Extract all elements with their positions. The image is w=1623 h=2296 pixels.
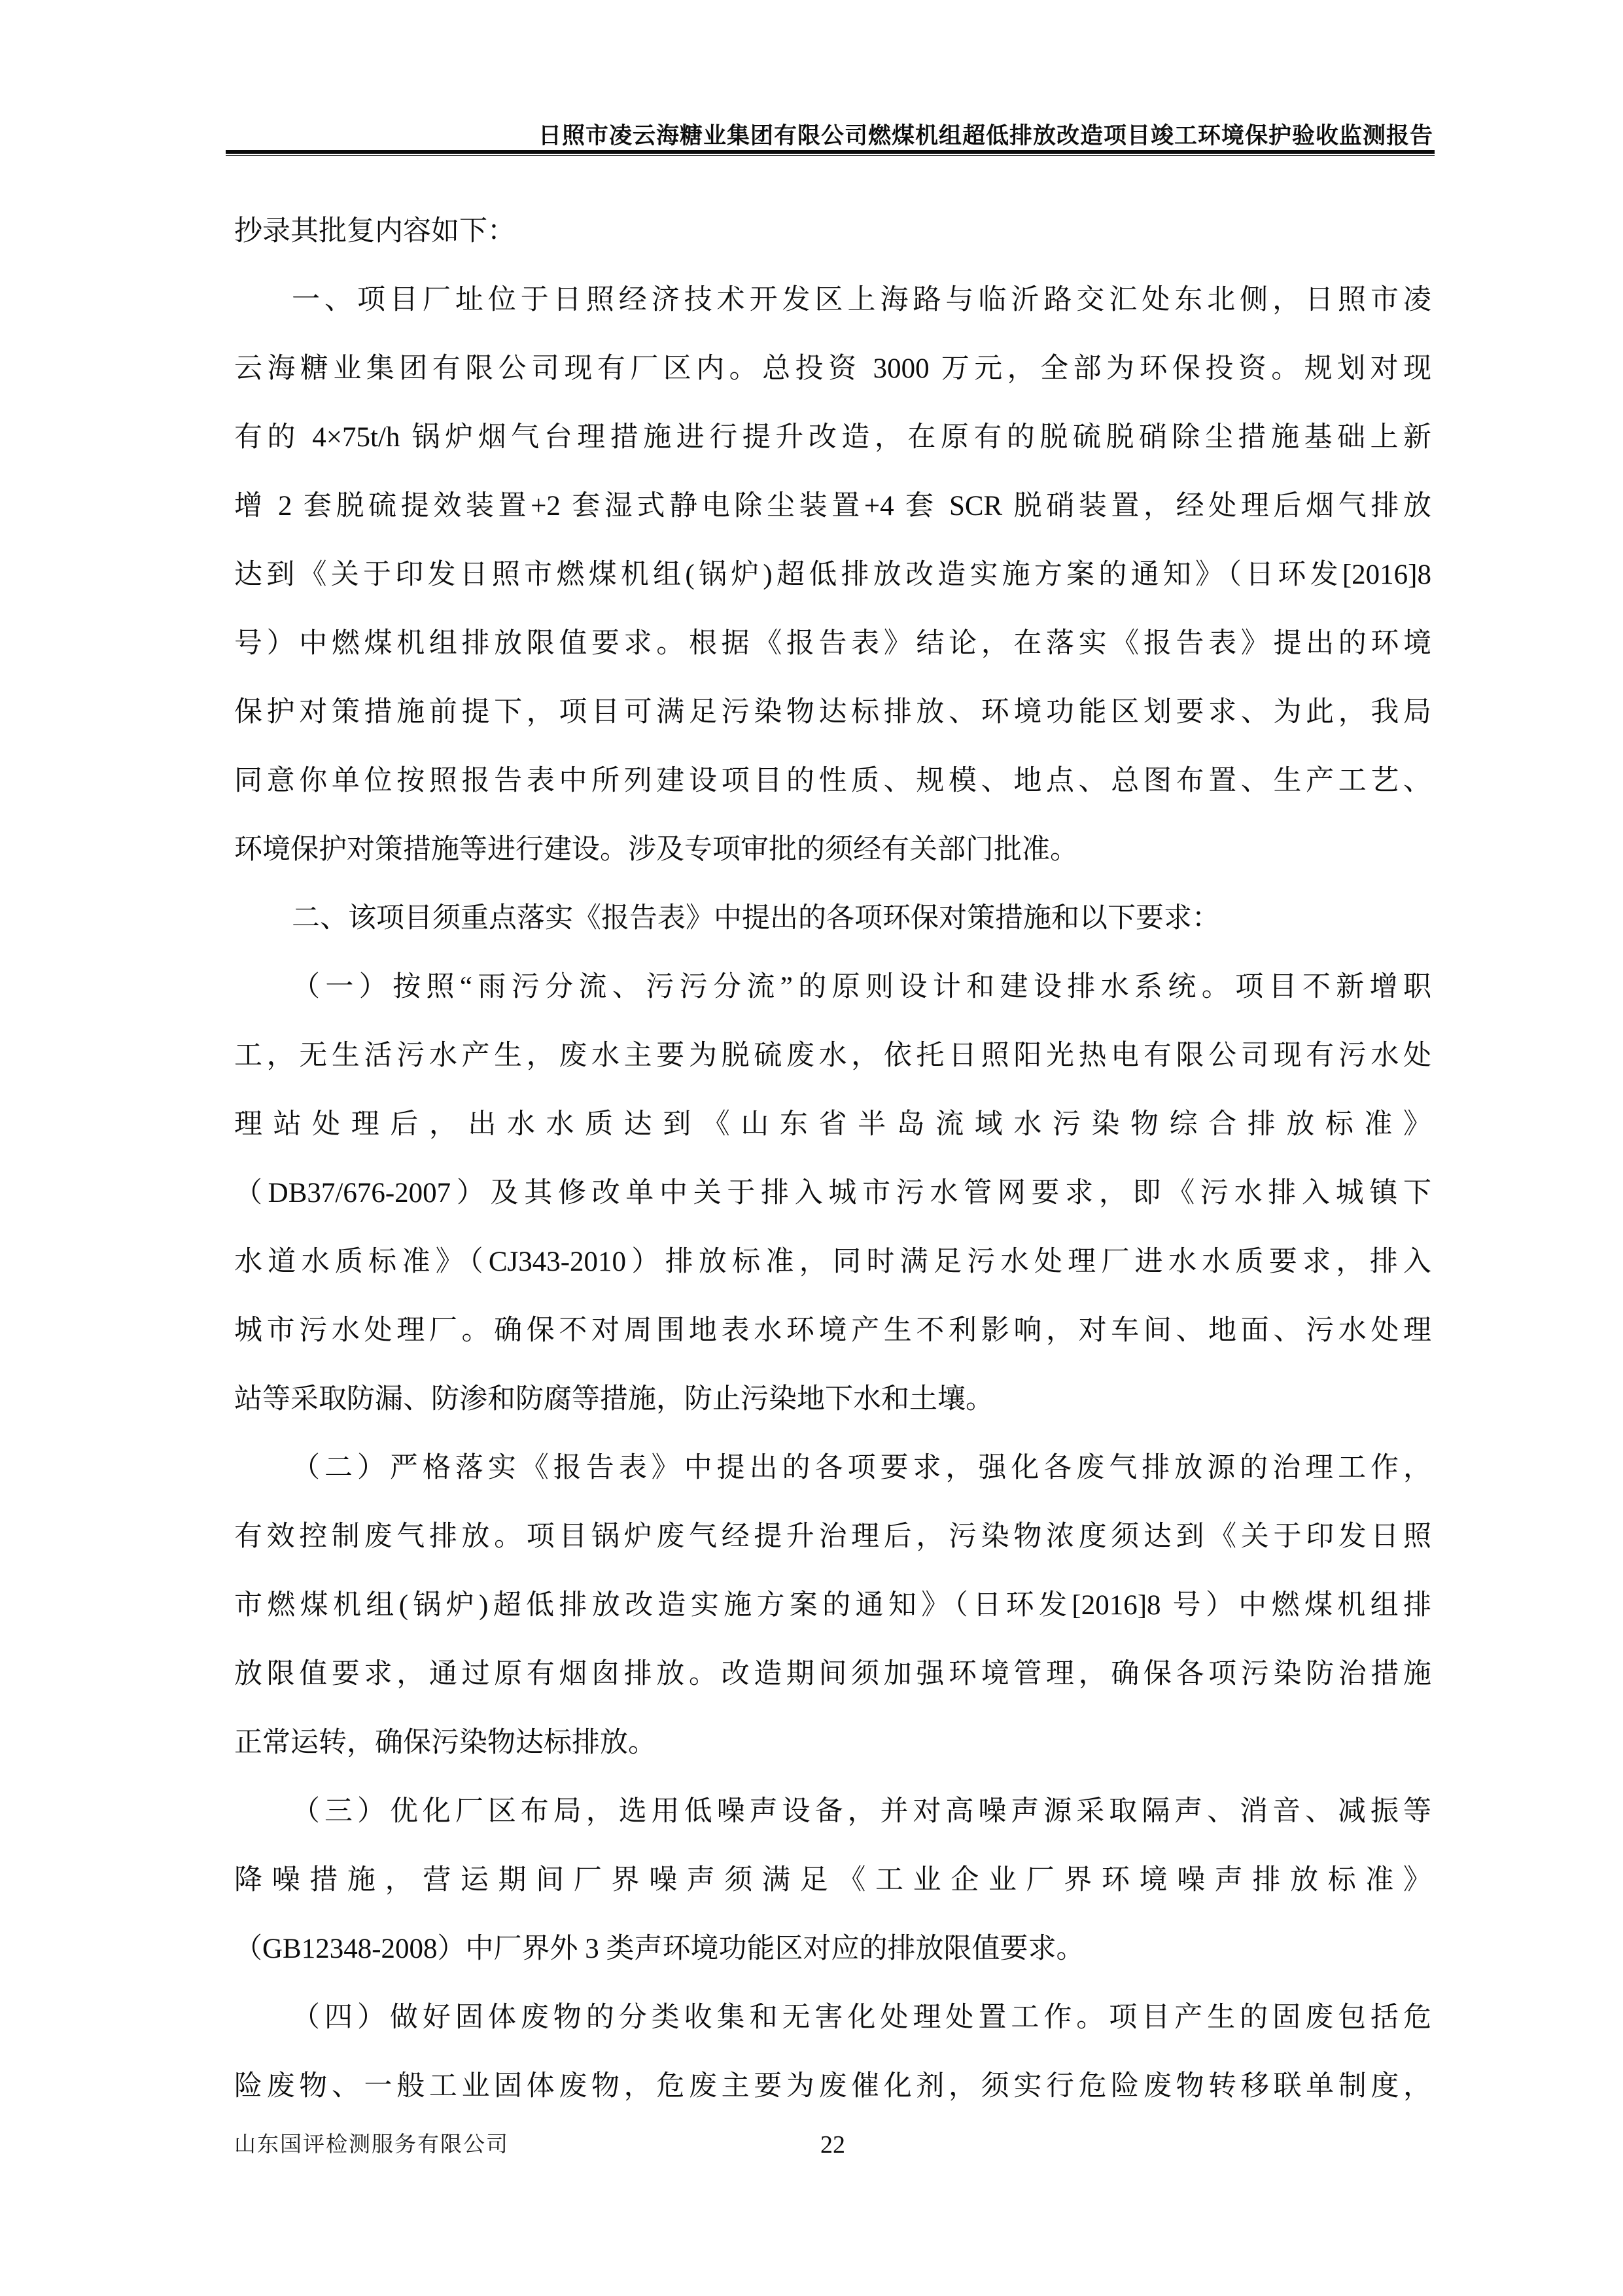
document-page: 日照市凌云海糖业集团有限公司燃煤机组超低排放改造项目竣工环境保护验收监测报告 抄… bbox=[0, 0, 1623, 2296]
body-line: 一、项目厂址位于日照经济技术开发区上海路与临沂路交汇处东北侧，日照市凌 bbox=[234, 266, 1431, 334]
body-line: 达到《关于印发日照市燃煤机组(锅炉)超低排放改造实施方案的通知》（日环发[201… bbox=[234, 540, 1431, 609]
body-line: 有效控制废气排放。项目锅炉废气经提升治理后，污染物浓度须达到《关于印发日照 bbox=[234, 1502, 1431, 1571]
body-line: 险废物、一般工业固体废物，危废主要为废催化剂，须实行危险废物转移联单制度， bbox=[234, 2052, 1431, 2121]
body-line: 有的 4×75t/h 锅炉烟气台理措施进行提升改造，在原有的脱硫脱硝除尘措施基础… bbox=[234, 403, 1431, 472]
body-line: 增 2 套脱硫提效装置+2 套湿式静电除尘装置+4 套 SCR 脱硝装置，经处理… bbox=[234, 472, 1431, 540]
body-line: 号）中燃煤机组排放限值要求。根据《报告表》结论，在落实《报告表》提出的环境 bbox=[234, 609, 1431, 678]
body-line: 工，无生活污水产生，废水主要为脱硫废水，依托日照阳光热电有限公司现有污水处 bbox=[234, 1021, 1431, 1090]
body-line: 抄录其批复内容如下： bbox=[234, 197, 1431, 266]
report-header-title: 日照市凌云海糖业集团有限公司燃煤机组超低排放改造项目竣工环境保护验收监测报告 bbox=[232, 118, 1433, 150]
body-line: （DB37/676-2007）及其修改单中关于排入城市污水管网要求，即《污水排入… bbox=[234, 1159, 1431, 1227]
body-line: 放限值要求，通过原有烟囱排放。改造期间须加强环境管理，确保各项污染防治措施 bbox=[234, 1640, 1431, 1708]
header-rule bbox=[226, 150, 1435, 156]
body-line: 站等采取防漏、防渗和防腐等措施，防止污染地下水和土壤。 bbox=[234, 1365, 1431, 1434]
page-footer: 山东国评检测服务有限公司 22 bbox=[234, 2125, 1431, 2164]
body-line: 环境保护对策措施等进行建设。涉及专项审批的须经有关部门批准。 bbox=[234, 815, 1431, 884]
body-line: （二）严格落实《报告表》中提出的各项要求，强化各废气排放源的治理工作， bbox=[234, 1434, 1431, 1502]
body-line: （三）优化厂区布局，选用低噪声设备，并对高噪声源采取隔声、消音、减振等 bbox=[234, 1777, 1431, 1846]
page-number: 22 bbox=[234, 2125, 1431, 2164]
body-line: 市燃煤机组(锅炉)超低排放改造实施方案的通知》（日环发[2016]8 号）中燃煤… bbox=[234, 1571, 1431, 1640]
document-body: 抄录其批复内容如下： 一、项目厂址位于日照经济技术开发区上海路与临沂路交汇处东北… bbox=[234, 197, 1431, 2121]
body-line: 云海糖业集团有限公司现有厂区内。总投资 3000 万元，全部为环保投资。规划对现 bbox=[234, 334, 1431, 403]
body-line: 理站处理后，出水水质达到《山东省半岛流域水污染物综合排放标准》 bbox=[234, 1090, 1431, 1159]
body-line: 二、该项目须重点落实《报告表》中提出的各项环保对策措施和以下要求： bbox=[234, 884, 1431, 953]
body-line: 城市污水处理厂。确保不对周围地表水环境产生不利影响，对车间、地面、污水处理 bbox=[234, 1296, 1431, 1365]
body-line: （四）做好固体废物的分类收集和无害化处理处置工作。项目产生的固废包括危 bbox=[234, 1983, 1431, 2052]
body-line: 水道水质标准》（CJ343-2010）排放标准，同时满足污水处理厂进水水质要求，… bbox=[234, 1227, 1431, 1296]
body-line: （一）按照“雨污分流、污污分流”的原则设计和建设排水系统。项目不新增职 bbox=[234, 953, 1431, 1021]
body-line: 同意你单位按照报告表中所列建设项目的性质、规模、地点、总图布置、生产工艺、 bbox=[234, 747, 1431, 815]
body-line: 保护对策措施前提下，项目可满足污染物达标排放、环境功能区划要求、为此，我局 bbox=[234, 678, 1431, 747]
body-line: 正常运转，确保污染物达标排放。 bbox=[234, 1708, 1431, 1777]
body-line: （GB12348-2008）中厂界外 3 类声环境功能区对应的排放限值要求。 bbox=[234, 1915, 1431, 1983]
body-line: 降噪措施，营运期间厂界噪声须满足《工业企业厂界环境噪声排放标准》 bbox=[234, 1846, 1431, 1915]
